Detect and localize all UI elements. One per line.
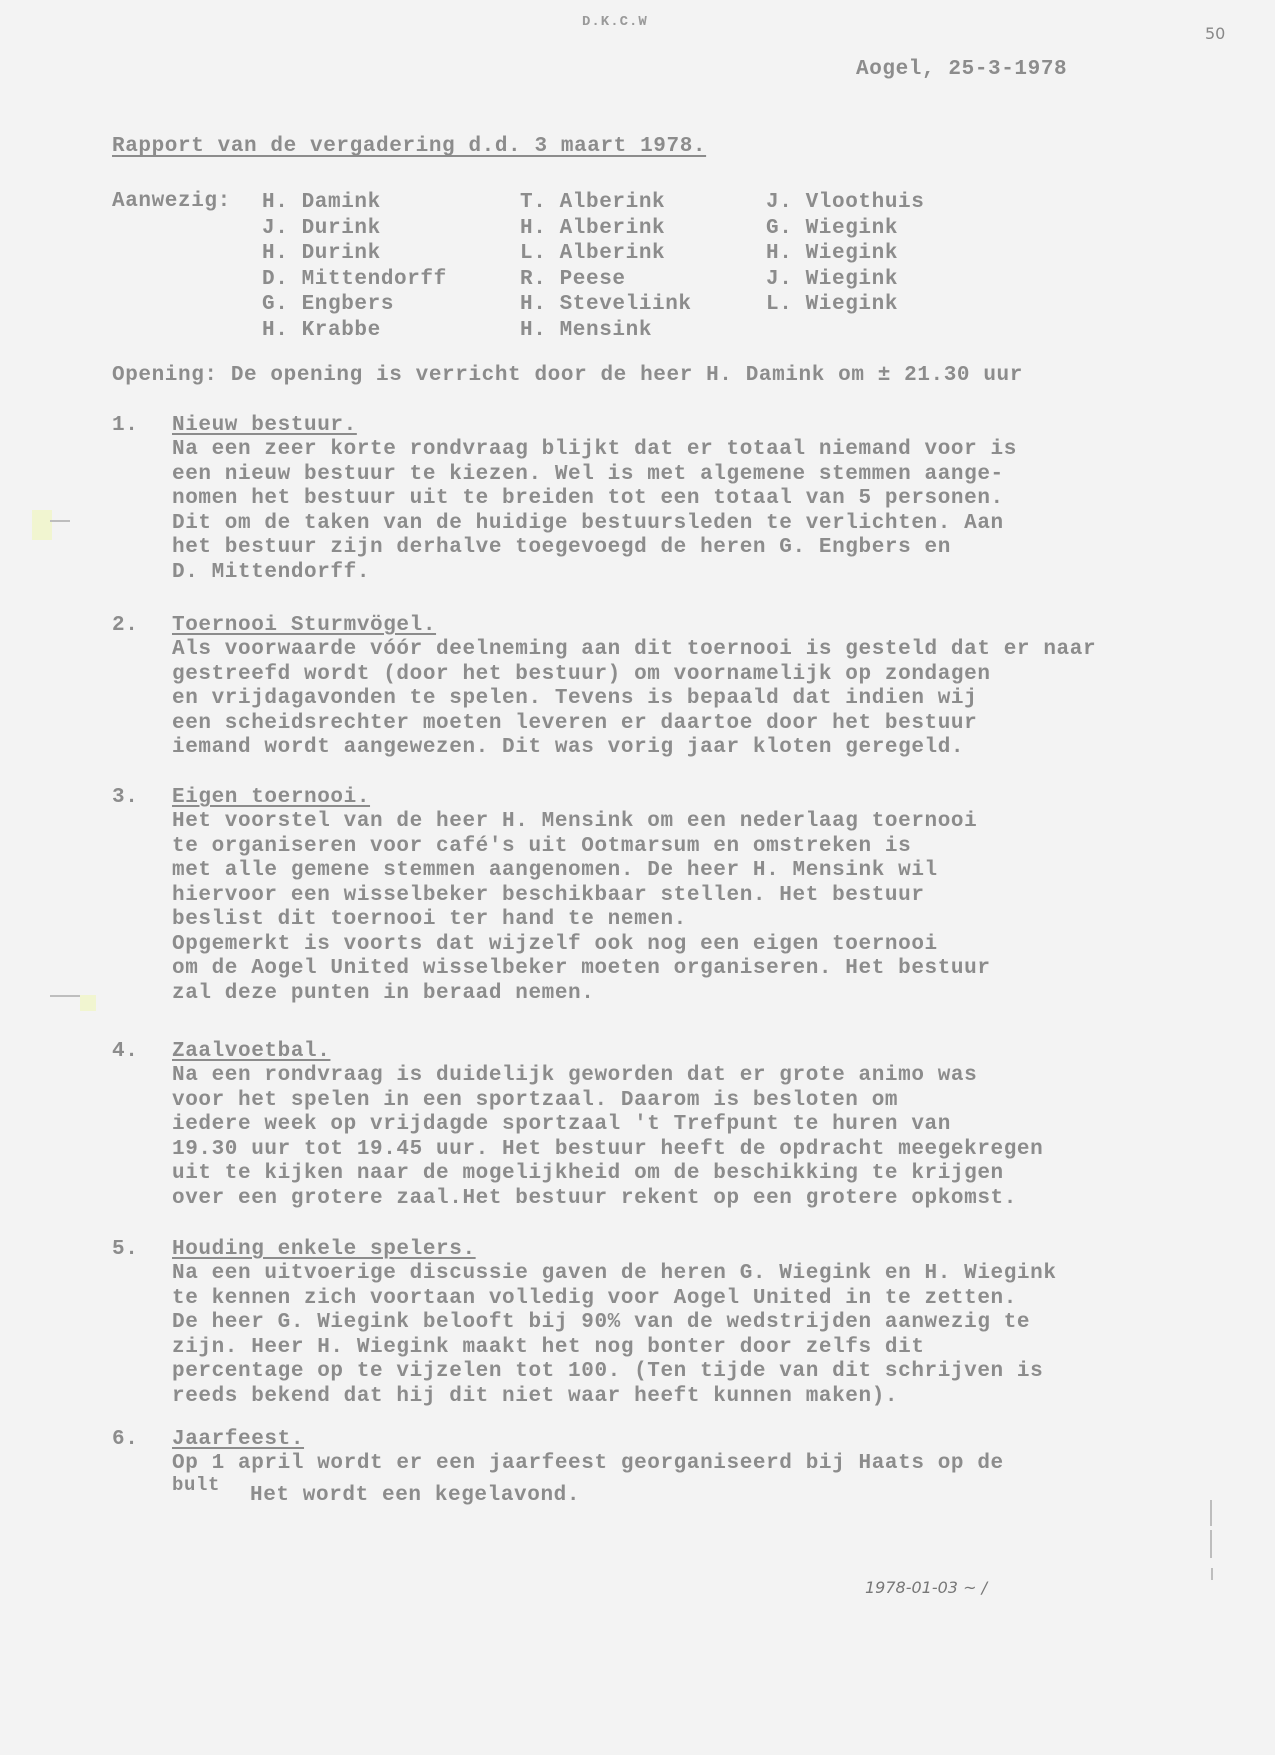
agenda-item-6: 6. Jaarfeest. Op 1 april wordt er een ja… bbox=[112, 1428, 138, 1566]
body-line: percentage op te vijzelen tot 100. (Ten … bbox=[172, 1360, 1057, 1385]
item-body: Het voorstel van de heer H. Mensink om e… bbox=[172, 810, 991, 1006]
item-body: Na een zeer korte rondvraag blijkt dat e… bbox=[172, 438, 1017, 585]
place-date: Aogel, 25-3-1978 bbox=[856, 58, 1067, 81]
pencil-mark bbox=[1211, 1568, 1213, 1580]
attendee-column-2: T. AlberinkH. AlberinkL. AlberinkR. Pees… bbox=[520, 190, 692, 343]
body-line: om de Aogel United wisselbeker moeten or… bbox=[172, 957, 991, 982]
attendee-name: J. Wiegink bbox=[766, 267, 924, 293]
attendee-name: D. Mittendorff bbox=[262, 267, 447, 293]
body-line: een scheidsrechter moeten leveren er daa… bbox=[172, 712, 1096, 737]
body-line: uit te kijken naar de mogelijkheid om de… bbox=[172, 1162, 1043, 1187]
body-line: Na een uitvoerige discussie gaven de her… bbox=[172, 1262, 1057, 1287]
agenda-item-4: 4. Zaalvoetbal. Na een rondvraag is duid… bbox=[112, 1040, 138, 1132]
item-number: 6. bbox=[112, 1428, 138, 1451]
item-body: Als voorwaarde vóór deelneming aan dit t… bbox=[172, 638, 1096, 761]
attendee-name: H. Durink bbox=[262, 241, 447, 267]
attendee-name: G. Engbers bbox=[262, 292, 447, 318]
item-heading: Toernooi Sturmvögel. bbox=[172, 614, 436, 637]
body-line: beslist dit toernooi ter hand te nemen. bbox=[172, 908, 991, 933]
item-body: Na een uitvoerige discussie gaven de her… bbox=[172, 1262, 1057, 1409]
body-line: en vrijdagavonden te spelen. Tevens is b… bbox=[172, 687, 1096, 712]
body-line: het bestuur zijn derhalve toegevoegd de … bbox=[172, 536, 1017, 561]
body-line: te kennen zich voortaan volledig voor Ao… bbox=[172, 1287, 1057, 1312]
highlighter-mark bbox=[32, 510, 52, 540]
body-line: met alle gemene stemmen aangenomen. De h… bbox=[172, 859, 991, 884]
opening-line: Opening: De opening is verricht door de … bbox=[112, 364, 1023, 387]
attendee-name: H. Steveliink bbox=[520, 292, 692, 318]
attendee-name: J. Durink bbox=[262, 216, 447, 242]
body-line: zal deze punten in beraad nemen. bbox=[172, 982, 991, 1007]
body-line: over een grotere zaal.Het bestuur rekent… bbox=[172, 1187, 1043, 1212]
body-line: Dit om de taken van de huidige bestuursl… bbox=[172, 512, 1017, 537]
handwritten-insert: bult bbox=[172, 1474, 220, 1496]
item-number: 1. bbox=[112, 414, 138, 437]
agenda-item-5: 5. Houding enkele spelers. Na een uitvoe… bbox=[112, 1238, 138, 1330]
body-line: Op 1 april wordt er een jaarfeest georga… bbox=[172, 1452, 1004, 1477]
highlighter-mark bbox=[80, 995, 96, 1011]
present-label: Aanwezig: bbox=[112, 190, 231, 213]
pencil-mark bbox=[50, 520, 70, 522]
item-heading: Houding enkele spelers. bbox=[172, 1238, 476, 1261]
item-number: 3. bbox=[112, 786, 138, 809]
body-line: De heer G. Wiegink belooft bij 90% van d… bbox=[172, 1311, 1057, 1336]
body-line: gestreefd wordt (door het bestuur) om vo… bbox=[172, 663, 1096, 688]
attendee-name: L. Wiegink bbox=[766, 292, 924, 318]
item-last-line: Het wordt een kegelavond. bbox=[250, 1484, 580, 1507]
body-line: zijn. Heer H. Wiegink maakt het nog bont… bbox=[172, 1336, 1057, 1361]
body-line: D. Mittendorff. bbox=[172, 561, 1017, 586]
attendee-name: H. Wiegink bbox=[766, 241, 924, 267]
item-heading: Nieuw bestuur. bbox=[172, 414, 357, 437]
body-line: Opgemerkt is voorts dat wijzelf ook nog … bbox=[172, 933, 991, 958]
item-number: 2. bbox=[112, 614, 138, 637]
item-heading: Eigen toernooi. bbox=[172, 786, 370, 809]
attendee-name: J. Vloothuis bbox=[766, 190, 924, 216]
attendee-name: H. Mensink bbox=[520, 318, 692, 344]
attendee-name: H. Damink bbox=[262, 190, 447, 216]
item-number: 5. bbox=[112, 1238, 138, 1261]
attendee-name: R. Peese bbox=[520, 267, 692, 293]
body-line: Na een rondvraag is duidelijk geworden d… bbox=[172, 1064, 1043, 1089]
document-stamp: D.K.C.W bbox=[582, 14, 648, 30]
item-heading: Jaarfeest. bbox=[172, 1428, 304, 1451]
attendee-name: H. Krabbe bbox=[262, 318, 447, 344]
agenda-item-3: 3. Eigen toernooi. Het voorstel van de h… bbox=[112, 786, 138, 878]
body-line: iedere week op vrijdagde sportzaal 't Tr… bbox=[172, 1113, 1043, 1138]
body-line: een nieuw bestuur te kiezen. Wel is met … bbox=[172, 463, 1017, 488]
archive-number: 1978-01-03 ~ / bbox=[865, 1578, 987, 1597]
pencil-mark bbox=[50, 995, 80, 997]
body-line: Als voorwaarde vóór deelneming aan dit t… bbox=[172, 638, 1096, 663]
pencil-mark bbox=[1210, 1530, 1212, 1558]
body-line: te organiseren voor café's uit Ootmarsum… bbox=[172, 835, 991, 860]
item-number: 4. bbox=[112, 1040, 138, 1063]
agenda-item-1: 1. Nieuw bestuur. Na een zeer korte rond… bbox=[112, 414, 138, 506]
attendee-column-3: J. VloothuisG. WieginkH. WieginkJ. Wiegi… bbox=[766, 190, 924, 318]
item-body: Na een rondvraag is duidelijk geworden d… bbox=[172, 1064, 1043, 1211]
attendee-name: G. Wiegink bbox=[766, 216, 924, 242]
body-line: Het voorstel van de heer H. Mensink om e… bbox=[172, 810, 991, 835]
body-line: iemand wordt aangewezen. Dit was vorig j… bbox=[172, 736, 1096, 761]
page-number: 50 bbox=[1205, 24, 1225, 43]
document-title: Rapport van de vergadering d.d. 3 maart … bbox=[112, 135, 706, 158]
item-heading: Zaalvoetbal. bbox=[172, 1040, 330, 1063]
attendee-name: H. Alberink bbox=[520, 216, 692, 242]
attendee-name: T. Alberink bbox=[520, 190, 692, 216]
body-line: reeds bekend dat hij dit niet waar heeft… bbox=[172, 1385, 1057, 1410]
body-line: voor het spelen in een sportzaal. Daarom… bbox=[172, 1089, 1043, 1114]
body-line: Na een zeer korte rondvraag blijkt dat e… bbox=[172, 438, 1017, 463]
agenda-item-2: 2. Toernooi Sturmvögel. Als voorwaarde v… bbox=[112, 614, 138, 706]
attendee-name: L. Alberink bbox=[520, 241, 692, 267]
pencil-mark bbox=[1210, 1500, 1212, 1526]
attendee-column-1: H. DaminkJ. DurinkH. DurinkD. Mittendorf… bbox=[262, 190, 447, 343]
body-line: hiervoor een wisselbeker beschikbaar ste… bbox=[172, 884, 991, 909]
body-line: nomen het bestuur uit te breiden tot een… bbox=[172, 487, 1017, 512]
body-line: 19.30 uur tot 19.45 uur. Het bestuur hee… bbox=[172, 1138, 1043, 1163]
item-body: Op 1 april wordt er een jaarfeest georga… bbox=[172, 1452, 1004, 1477]
